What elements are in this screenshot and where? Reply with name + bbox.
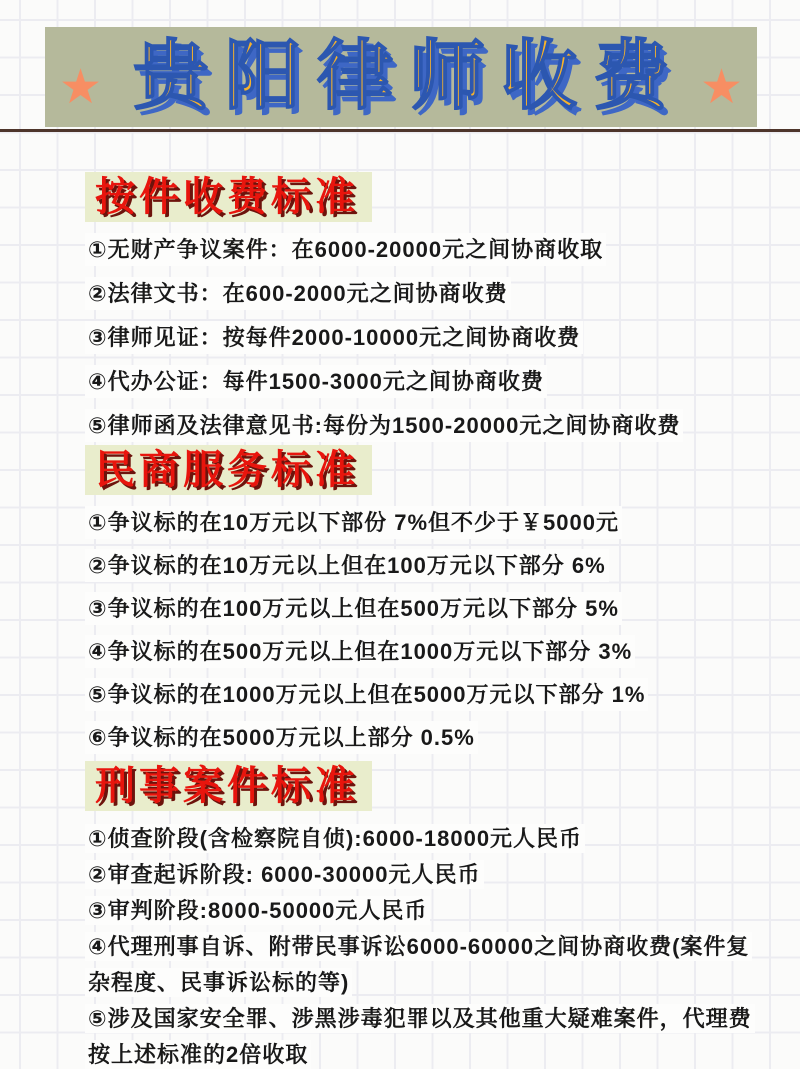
fee-item: ②法律文书：在600-2000元之间协商收费 bbox=[85, 280, 761, 307]
fee-item-text: ①争议标的在10万元以下部份 7%但不少于￥5000元 bbox=[85, 506, 622, 539]
fee-item-text: ③律师见证：按每件2000-10000元之间协商收费 bbox=[85, 321, 583, 354]
fee-item-text: ②争议标的在10万元以上但在100万元以下部分 6% bbox=[85, 549, 609, 582]
fee-item: ③律师见证：按每件2000-10000元之间协商收费 bbox=[85, 324, 761, 351]
fee-sections: 按件收费标准 ①无财产争议案件：在6000-20000元之间协商收取 ②法律文书… bbox=[85, 172, 761, 1069]
fee-item: ④代理刑事自诉、附带民事诉讼6000-60000之间协商收费(案件复杂程度、民事… bbox=[85, 929, 761, 1001]
fee-item: ④争议标的在500万元以上但在1000万元以下部分 3% bbox=[85, 638, 761, 665]
fee-item: ⑤律师函及法律意见书:每份为1500-20000元之间协商收费 bbox=[85, 412, 761, 439]
fee-item-text: ⑤争议标的在1000万元以上但在5000万元以下部分 1% bbox=[85, 678, 648, 711]
page-title: 贵阳律师收费 bbox=[102, 39, 700, 115]
fee-item-text: ①无财产争议案件：在6000-20000元之间协商收取 bbox=[85, 233, 606, 266]
star-icon-left: ★ bbox=[59, 64, 102, 112]
fee-item: ③争议标的在100万元以上但在500万元以下部分 5% bbox=[85, 595, 761, 622]
section-criminal-case: 刑事案件标准 ①侦查阶段(含检察院自侦):6000-18000元人民币 ②审查起… bbox=[85, 761, 761, 1069]
divider-line bbox=[0, 129, 800, 132]
fee-item: ②审查起诉阶段: 6000-30000元人民币 bbox=[85, 857, 761, 893]
fee-item-text: ②审查起诉阶段: 6000-30000元人民币 bbox=[85, 860, 484, 889]
fee-item-text: ①侦查阶段(含检察院自侦):6000-18000元人民币 bbox=[85, 824, 585, 853]
fee-item: ④代办公证：每件1500-3000元之间协商收费 bbox=[85, 368, 761, 395]
section-per-case-fees: 按件收费标准 ①无财产争议案件：在6000-20000元之间协商收取 ②法律文书… bbox=[85, 172, 761, 439]
fee-item-text: ④代理刑事自诉、附带民事诉讼6000-60000之间协商收费(案件复杂程度、民事… bbox=[85, 932, 752, 997]
section-heading: 民商服务标准 bbox=[85, 445, 372, 495]
fee-item: ①无财产争议案件：在6000-20000元之间协商收取 bbox=[85, 236, 761, 263]
fee-item-text: ④争议标的在500万元以上但在1000万元以下部分 3% bbox=[85, 635, 635, 668]
fee-item-text: ⑥争议标的在5000万元以上部分 0.5% bbox=[85, 721, 478, 754]
fee-item: ②争议标的在10万元以上但在100万元以下部分 6% bbox=[85, 552, 761, 579]
section-heading: 刑事案件标准 bbox=[85, 761, 372, 811]
fee-item-text: ③审判阶段:8000-50000元人民币 bbox=[85, 896, 430, 925]
fee-item: ①争议标的在10万元以下部份 7%但不少于￥5000元 bbox=[85, 509, 761, 536]
fee-item-list: ①无财产争议案件：在6000-20000元之间协商收取 ②法律文书：在600-2… bbox=[85, 236, 761, 439]
fee-item-text: ⑤律师函及法律意见书:每份为1500-20000元之间协商收费 bbox=[85, 409, 683, 442]
fee-item-text: ⑤涉及国家安全罪、涉黑涉毒犯罪以及其他重大疑难案件，代理费按上述标准的2倍收取 bbox=[85, 1004, 755, 1069]
section-heading: 按件收费标准 bbox=[85, 172, 372, 222]
section-civil-commercial-service: 民商服务标准 ①争议标的在10万元以下部份 7%但不少于￥5000元 ②争议标的… bbox=[85, 445, 761, 751]
fee-item: ①侦查阶段(含检察院自侦):6000-18000元人民币 bbox=[85, 821, 761, 857]
fee-item: ⑥争议标的在5000万元以上部分 0.5% bbox=[85, 724, 761, 751]
title-banner: ★ 贵阳律师收费 ★ bbox=[45, 27, 757, 127]
fee-item-list: ①争议标的在10万元以下部份 7%但不少于￥5000元 ②争议标的在10万元以上… bbox=[85, 509, 761, 751]
fee-item: ⑤争议标的在1000万元以上但在5000万元以下部分 1% bbox=[85, 681, 761, 708]
star-icon-right: ★ bbox=[700, 64, 743, 112]
fee-item-text: ②法律文书：在600-2000元之间协商收费 bbox=[85, 277, 511, 310]
fee-item: ③审判阶段:8000-50000元人民币 bbox=[85, 893, 761, 929]
fee-item-text: ③争议标的在100万元以上但在500万元以下部分 5% bbox=[85, 592, 622, 625]
fee-item-list: ①侦查阶段(含检察院自侦):6000-18000元人民币 ②审查起诉阶段: 60… bbox=[85, 821, 761, 1069]
fee-item: ⑤涉及国家安全罪、涉黑涉毒犯罪以及其他重大疑难案件，代理费按上述标准的2倍收取 bbox=[85, 1001, 761, 1069]
fee-item-text: ④代办公证：每件1500-3000元之间协商收费 bbox=[85, 365, 547, 398]
